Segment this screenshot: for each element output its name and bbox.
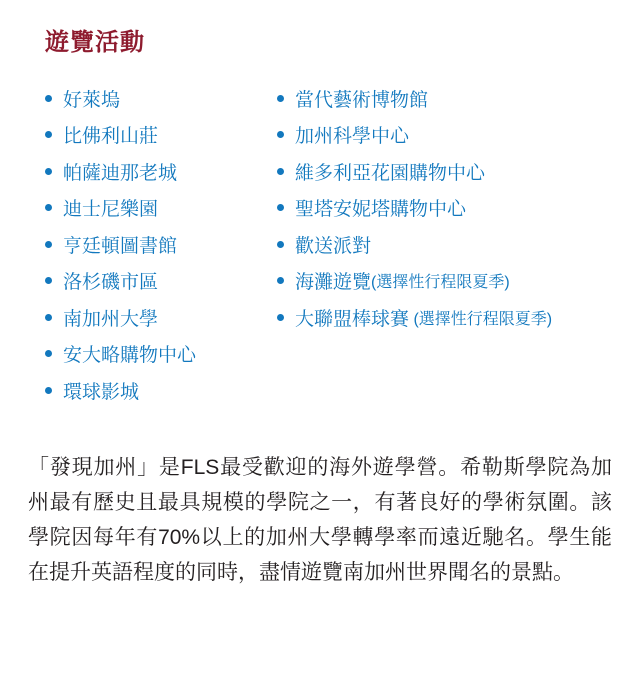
list-item: 歡送派對 bbox=[277, 226, 552, 263]
tour-list-right-column: 當代藝術博物館 加州科學中心 維多利亞花園購物中心 聖塔安妮塔購物中心 歡送派對… bbox=[277, 80, 552, 409]
list-item: 安大略購物中心 bbox=[45, 336, 277, 373]
page-title: 遊覽活動 bbox=[45, 30, 145, 56]
list-item: 亨廷頓圖書館 bbox=[45, 226, 277, 263]
list-item-label: 環球影城 bbox=[63, 377, 139, 404]
list-item-label: 加州科學中心 bbox=[295, 121, 409, 148]
tour-list-left-column: 好萊塢 比佛利山莊 帕薩迪那老城 迪士尼樂園 亨廷頓圖書館 洛杉磯市區 南加州大… bbox=[45, 80, 277, 409]
list-item-label: 安大略購物中心 bbox=[63, 340, 196, 367]
list-item: 環球影城 bbox=[45, 372, 277, 409]
bullet-icon bbox=[277, 131, 284, 138]
list-item-label: 歡送派對 bbox=[295, 231, 371, 258]
list-item-label: 當代藝術博物館 bbox=[295, 85, 428, 112]
list-item-note: (選擇性行程限夏季) bbox=[371, 269, 510, 292]
list-item-label: 迪士尼樂園 bbox=[63, 194, 158, 221]
bullet-icon bbox=[45, 95, 52, 102]
bullet-icon bbox=[45, 168, 52, 175]
list-item: 迪士尼樂園 bbox=[45, 190, 277, 227]
bullet-icon bbox=[45, 131, 52, 138]
bullet-icon bbox=[277, 95, 284, 102]
list-item-label: 比佛利山莊 bbox=[63, 121, 158, 148]
list-item-label: 洛杉磯市區 bbox=[63, 267, 158, 294]
list-item-label: 好萊塢 bbox=[63, 85, 120, 112]
description-paragraph: 「發現加州」是FLS最受歡迎的海外遊學營。希勒斯學院為加州最有歷史且最具規模的學… bbox=[28, 450, 612, 590]
tour-activity-list: 好萊塢 比佛利山莊 帕薩迪那老城 迪士尼樂園 亨廷頓圖書館 洛杉磯市區 南加州大… bbox=[45, 80, 552, 409]
list-item: 聖塔安妮塔購物中心 bbox=[277, 190, 552, 227]
bullet-icon bbox=[45, 387, 52, 394]
list-item: 大聯盟棒球賽 (選擇性行程限夏季) bbox=[277, 299, 552, 336]
bullet-icon bbox=[45, 204, 52, 211]
list-item-label: 南加州大學 bbox=[63, 304, 158, 331]
list-item-note: (選擇性行程限夏季) bbox=[409, 306, 552, 329]
list-item-label: 帕薩迪那老城 bbox=[63, 158, 177, 185]
list-item: 比佛利山莊 bbox=[45, 117, 277, 154]
list-item: 南加州大學 bbox=[45, 299, 277, 336]
list-item: 加州科學中心 bbox=[277, 117, 552, 154]
bullet-icon bbox=[45, 350, 52, 357]
list-item: 洛杉磯市區 bbox=[45, 263, 277, 300]
bullet-icon bbox=[277, 314, 284, 321]
list-item-label: 聖塔安妮塔購物中心 bbox=[295, 194, 466, 221]
bullet-icon bbox=[277, 168, 284, 175]
list-item: 帕薩迪那老城 bbox=[45, 153, 277, 190]
bullet-icon bbox=[277, 241, 284, 248]
bullet-icon bbox=[277, 277, 284, 284]
list-item-label: 維多利亞花園購物中心 bbox=[295, 158, 485, 185]
list-item: 維多利亞花園購物中心 bbox=[277, 153, 552, 190]
bullet-icon bbox=[45, 314, 52, 321]
bullet-icon bbox=[45, 241, 52, 248]
list-item-label: 海灘遊覽 bbox=[295, 267, 371, 294]
bullet-icon bbox=[277, 204, 284, 211]
list-item-label: 大聯盟棒球賽 bbox=[295, 304, 409, 331]
bullet-icon bbox=[45, 277, 52, 284]
list-item: 好萊塢 bbox=[45, 80, 277, 117]
list-item-label: 亨廷頓圖書館 bbox=[63, 231, 177, 258]
list-item: 海灘遊覽 (選擇性行程限夏季) bbox=[277, 263, 552, 300]
list-item: 當代藝術博物館 bbox=[277, 80, 552, 117]
